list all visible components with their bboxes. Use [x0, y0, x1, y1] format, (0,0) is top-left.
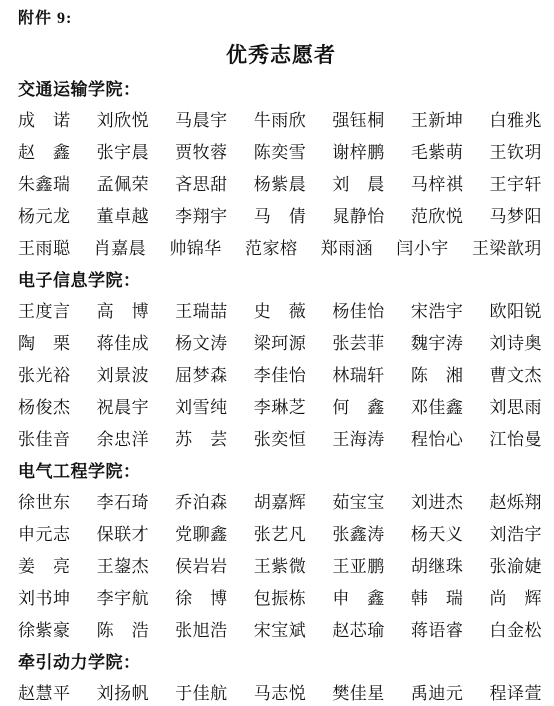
name-row: 王雨聪肖嘉晨帅锦华范家榕郑雨涵闫小宇王梁歆玥	[18, 233, 544, 265]
volunteer-name: 毛紫萌	[411, 137, 464, 169]
volunteer-name: 赵芯瑜	[332, 615, 385, 647]
volunteer-name: 何 鑫	[332, 392, 385, 424]
volunteer-name: 胡继珠	[411, 551, 464, 583]
volunteer-name: 胡嘉辉	[254, 487, 307, 519]
volunteer-name: 于佳航	[175, 678, 228, 706]
volunteer-name: 赵慧平	[18, 678, 71, 706]
volunteer-name: 包振栋	[254, 583, 307, 615]
volunteer-name: 晁静怡	[332, 201, 385, 233]
volunteer-name: 谢梓鹏	[332, 137, 385, 169]
section-header: 电子信息学院：	[18, 265, 544, 296]
volunteer-name: 白雅兆	[489, 105, 542, 137]
volunteer-name: 陈 浩	[97, 615, 150, 647]
volunteer-name: 陈 湘	[411, 360, 464, 392]
volunteer-name: 帅锦华	[169, 233, 222, 265]
volunteer-name: 范欣悦	[411, 201, 464, 233]
name-row: 陶 栗蒋佳成杨文涛梁珂源张芸菲魏宇涛刘诗奥	[18, 328, 544, 360]
volunteer-name: 张奕恒	[254, 424, 307, 456]
volunteer-name: 王新坤	[411, 105, 464, 137]
volunteer-name: 马梓祺	[411, 169, 464, 201]
volunteer-name: 杨文涛	[175, 328, 228, 360]
volunteer-name: 徐 博	[175, 583, 228, 615]
volunteer-name: 王梁歆玥	[472, 233, 542, 265]
volunteer-name: 白金松	[489, 615, 542, 647]
volunteer-name: 孟佩荣	[97, 169, 150, 201]
volunteer-name: 朱鑫瑞	[18, 169, 71, 201]
volunteer-name: 刘景波	[97, 360, 150, 392]
volunteer-name: 张渝婕	[489, 551, 542, 583]
name-row: 王度言高 博王瑞喆史 薇杨佳怡宋浩宇欧阳锐	[18, 296, 544, 328]
volunteer-name: 徐世东	[18, 487, 71, 519]
volunteer-name: 陶 栗	[18, 328, 71, 360]
volunteer-name: 刘扬帆	[97, 678, 150, 706]
volunteer-name: 程译萱	[489, 678, 542, 706]
name-row: 申元志保联才党聊鑫张艺凡张鑫涛杨天义刘浩宇	[18, 519, 544, 551]
volunteer-name: 马梦阳	[489, 201, 542, 233]
name-row: 杨俊杰祝晨宇刘雪纯李琳芝何 鑫邓佳鑫刘思雨	[18, 392, 544, 424]
volunteer-name: 成 诺	[18, 105, 71, 137]
volunteer-name: 马 倩	[254, 201, 307, 233]
name-row: 成 诺刘欣悦马晨宇牛雨欣强钰桐王新坤白雅兆	[18, 105, 544, 137]
attachment-label: 附件 9:	[18, 6, 544, 32]
volunteer-name: 李石琦	[97, 487, 150, 519]
volunteer-name: 刘进杰	[411, 487, 464, 519]
volunteer-name: 杨俊杰	[18, 392, 71, 424]
volunteer-name: 江怡曼	[489, 424, 542, 456]
name-row: 徐紫豪陈 浩张旭浩宋宝斌赵芯瑜蒋语睿白金松	[18, 615, 544, 647]
volunteer-name: 张芸菲	[332, 328, 385, 360]
volunteer-name: 张艺凡	[254, 519, 307, 551]
page-title: 优秀志愿者	[18, 40, 544, 70]
section-header: 电气工程学院：	[18, 456, 544, 487]
volunteer-name: 刘欣悦	[97, 105, 150, 137]
name-row: 朱鑫瑞孟佩荣吝思甜杨紫晨刘 晨马梓祺王宇轩	[18, 169, 544, 201]
volunteer-name: 魏宇涛	[411, 328, 464, 360]
name-row: 赵慧平刘扬帆于佳航马志悦樊佳星禹迪元程译萱	[18, 678, 544, 706]
name-row: 姜 亮王鋆杰侯岩岩王紫微王亚鹏胡继珠张渝婕	[18, 551, 544, 583]
volunteer-name: 蒋佳成	[97, 328, 150, 360]
volunteer-name: 刘书坤	[18, 583, 71, 615]
volunteer-name: 刘浩宇	[489, 519, 542, 551]
volunteer-name: 程怡心	[411, 424, 464, 456]
volunteer-name: 王鋆杰	[97, 551, 150, 583]
volunteer-name: 张佳音	[18, 424, 71, 456]
volunteer-name: 乔泊森	[175, 487, 228, 519]
name-row: 杨元龙董卓越李翔宇马 倩晁静怡范欣悦马梦阳	[18, 201, 544, 233]
volunteer-name: 王宇轩	[489, 169, 542, 201]
volunteer-name: 赵 鑫	[18, 137, 71, 169]
volunteer-name: 李佳怡	[254, 360, 307, 392]
volunteer-name: 刘思雨	[489, 392, 542, 424]
volunteer-name: 王瑞喆	[175, 296, 228, 328]
name-row: 张光裕刘景波屈梦森李佳怡林瑞轩陈 湘曹文杰	[18, 360, 544, 392]
volunteer-name: 屈梦森	[175, 360, 228, 392]
section-header: 交通运输学院：	[18, 74, 544, 105]
volunteer-name: 党聊鑫	[175, 519, 228, 551]
volunteer-name: 尚 辉	[489, 583, 542, 615]
volunteer-name: 曹文杰	[489, 360, 542, 392]
volunteer-name: 张光裕	[18, 360, 71, 392]
name-row: 张佳音余忠洋苏 芸张奕恒王海涛程怡心江怡曼	[18, 424, 544, 456]
volunteer-name: 姜 亮	[18, 551, 71, 583]
volunteer-name: 贾牧蓉	[175, 137, 228, 169]
volunteer-name: 宋宝斌	[254, 615, 307, 647]
volunteer-name: 王度言	[18, 296, 71, 328]
volunteer-name: 申元志	[18, 519, 71, 551]
volunteer-name: 陈奕雪	[254, 137, 307, 169]
volunteer-name: 闫小宇	[396, 233, 449, 265]
section-header: 牵引动力学院：	[18, 647, 544, 678]
volunteer-name: 范家榕	[245, 233, 298, 265]
volunteer-name: 祝晨宇	[97, 392, 150, 424]
name-row: 徐世东李石琦乔泊森胡嘉辉茹宝宝刘进杰赵烁翔	[18, 487, 544, 519]
volunteer-name: 宋浩宇	[411, 296, 464, 328]
volunteer-name: 肖嘉晨	[94, 233, 147, 265]
volunteer-name: 杨天义	[411, 519, 464, 551]
volunteer-name: 邓佳鑫	[411, 392, 464, 424]
volunteer-name: 李琳芝	[254, 392, 307, 424]
volunteer-name: 董卓越	[97, 201, 150, 233]
volunteer-name: 杨紫晨	[254, 169, 307, 201]
volunteer-name: 郑雨涵	[321, 233, 374, 265]
volunteer-name: 徐紫豪	[18, 615, 71, 647]
volunteer-name: 李宇航	[97, 583, 150, 615]
volunteer-name: 马晨宇	[175, 105, 228, 137]
volunteer-name: 王海涛	[332, 424, 385, 456]
volunteer-name: 牛雨欣	[254, 105, 307, 137]
volunteer-name: 赵烁翔	[489, 487, 542, 519]
volunteer-name: 史 薇	[254, 296, 307, 328]
volunteer-name: 申 鑫	[332, 583, 385, 615]
sections: 交通运输学院：成 诺刘欣悦马晨宇牛雨欣强钰桐王新坤白雅兆赵 鑫张宇晨贾牧蓉陈奕雪…	[18, 74, 544, 706]
volunteer-name: 高 博	[97, 296, 150, 328]
volunteer-name: 禹迪元	[411, 678, 464, 706]
volunteer-name: 侯岩岩	[175, 551, 228, 583]
volunteer-name: 樊佳星	[332, 678, 385, 706]
volunteer-name: 梁珂源	[254, 328, 307, 360]
volunteer-name: 欧阳锐	[489, 296, 542, 328]
volunteer-name: 王亚鹏	[332, 551, 385, 583]
volunteer-name: 蒋语睿	[411, 615, 464, 647]
volunteer-name: 张旭浩	[175, 615, 228, 647]
volunteer-name: 强钰桐	[332, 105, 385, 137]
volunteer-name: 王紫微	[254, 551, 307, 583]
volunteer-name: 保联才	[97, 519, 150, 551]
volunteer-name: 马志悦	[254, 678, 307, 706]
volunteer-name: 刘诗奥	[489, 328, 542, 360]
name-row: 赵 鑫张宇晨贾牧蓉陈奕雪谢梓鹏毛紫萌王钦玥	[18, 137, 544, 169]
document-page: 附件 9: 优秀志愿者 交通运输学院：成 诺刘欣悦马晨宇牛雨欣强钰桐王新坤白雅兆…	[0, 0, 554, 706]
volunteer-name: 苏 芸	[175, 424, 228, 456]
volunteer-name: 王钦玥	[489, 137, 542, 169]
volunteer-name: 杨佳怡	[332, 296, 385, 328]
volunteer-name: 刘雪纯	[175, 392, 228, 424]
volunteer-name: 林瑞轩	[332, 360, 385, 392]
volunteer-name: 王雨聪	[18, 233, 71, 265]
volunteer-name: 茹宝宝	[332, 487, 385, 519]
volunteer-name: 李翔宇	[175, 201, 228, 233]
volunteer-name: 刘 晨	[332, 169, 385, 201]
volunteer-name: 张宇晨	[97, 137, 150, 169]
volunteer-name: 余忠洋	[97, 424, 150, 456]
volunteer-name: 张鑫涛	[332, 519, 385, 551]
name-row: 刘书坤李宇航徐 博包振栋申 鑫韩 瑞尚 辉	[18, 583, 544, 615]
volunteer-name: 吝思甜	[175, 169, 228, 201]
volunteer-name: 杨元龙	[18, 201, 71, 233]
volunteer-name: 韩 瑞	[411, 583, 464, 615]
